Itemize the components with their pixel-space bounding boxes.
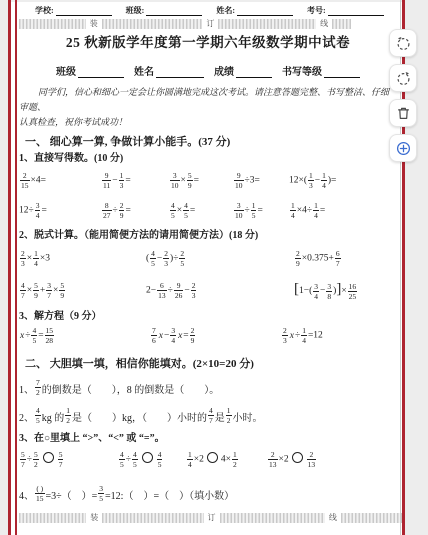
math-token: ×4= [31,175,46,185]
exam-no-blank-line [328,8,384,16]
q1-label: 1、直接写得数。(10 分) [19,152,397,165]
math-token: − [112,175,117,185]
fraction: 29 [295,250,301,268]
math-token: = [257,205,262,215]
math-token: = [125,175,130,185]
comparison-circle [207,452,218,463]
binding-label-zhuang: 装 [86,513,102,523]
fraction: 1528 [45,327,55,345]
math-token: 1、 [19,381,34,396]
fraction: 23 [20,250,26,268]
fraction: 29 [190,327,196,345]
binding-hatch [102,19,203,29]
math-expression: 14×4÷14= [289,202,397,220]
binding-strip-top: 装 订 线 [19,18,351,29]
fraction: 37 [46,282,52,300]
exam-paper-page: 学校: 班级: 姓名: 考号: 装 订 线 25 秋新版学年度第一学期六年级数学… [10,2,402,535]
fraction: 213 [307,451,317,469]
section2-heading: 二、 大胆填一填，相信你能填对。(2×10=20 分) [25,357,397,371]
math-token: ÷ [295,331,300,341]
fraction: 45 [119,451,125,469]
math-token: ×3 [40,254,50,264]
math-token: ÷3= [245,175,260,185]
math-token: 4× [221,455,231,465]
fraction: 35 [98,485,104,503]
fraction: 911 [102,172,111,190]
fraction: 12 [226,407,232,425]
q2-row-2: 47×59+37×592−613÷926−23[1−(34−38)]×1625 [19,276,397,306]
fraction: 12 [232,451,238,469]
fraction: 67 [335,250,341,268]
math-token: ×2 [194,455,204,465]
math-token: ( [146,254,149,264]
fraction: 52 [33,451,39,469]
section2-item-1: 1、72的倒数是（ ），8 的倒数是（ ）。 [19,375,397,401]
section2-item-2: 2、45kg 的12是（ ）kg，（ ）小时的47是12小时。 [19,403,397,429]
binding-label-ding: 订 [202,19,218,29]
math-token: ÷ [27,455,32,465]
binding-line-left-outer [8,0,11,535]
math-token: ×4÷ [297,205,312,215]
school-blank-line [56,8,112,16]
info-score-blank [236,70,272,78]
math-expression: 827÷29= [101,202,169,220]
fraction: 23 [191,282,197,300]
math-token: ×2 [279,455,289,465]
math-token: =3÷（ ）= [46,487,98,502]
school-field: 学校: [35,5,112,16]
math-token: × [181,175,186,185]
fraction: 13 [119,172,125,190]
name-blank-line [237,8,293,16]
info-writing-grade-field: 书写等级 [282,63,360,78]
math-token: × [27,254,32,264]
info-writing-grade-blank [324,70,360,78]
math-token: 2− [146,286,156,296]
math-token: + [40,286,45,296]
add-icon [395,140,412,157]
math-token: = [38,331,43,341]
fraction: 47 [208,407,214,425]
math-token: = [194,175,199,185]
section2-item-3-label: 3、在○里填上 “>”、“<” 或 “=”。 [19,432,397,445]
fraction: 310 [234,202,244,220]
paper-title: 25 秋新版学年度第一学期六年级数学期中试卷 [19,34,397,51]
math-token: )÷ [170,254,178,264]
fraction: 59 [59,282,65,300]
math-token: 1−( [299,286,312,296]
fraction: 23 [282,327,288,345]
math-token: ÷ [113,205,118,215]
info-name-field: 姓名 [134,63,204,78]
math-expression: 2−613÷926−23 [146,282,294,300]
math-token: × [177,205,182,215]
fraction: 215 [20,172,30,190]
fraction: 613 [157,282,167,300]
math-expression: 29×0.375+67 [294,250,397,268]
fraction: 29 [119,202,125,220]
math-token: = [125,205,130,215]
school-label: 学校: [35,5,54,16]
notice-line-2: 认真检查，祝你考试成功！ [19,115,397,130]
fraction: 59 [33,282,39,300]
fraction: 25 [179,250,185,268]
section2-item-4: 4、( )15=3÷（ ）=35=12:（ ）=（ ）（填小数） [19,481,397,507]
math-expression: 76x−34x=29 [150,327,281,345]
q1-row-1: 215×4=911−13=310×59=910÷3=12×(13−14)= [19,167,397,194]
fraction: 14 [313,202,319,220]
fraction: 14 [187,451,193,469]
math-token: 小时。 [233,409,263,424]
binding-hatch [218,19,316,29]
rotate-ccw-icon [395,35,412,52]
info-writing-grade-label: 书写等级 [282,63,322,78]
math-token: ÷ [126,455,131,465]
info-class-blank [78,70,124,78]
math-token: ÷ [168,286,173,296]
binding-label-xian: 线 [316,19,332,29]
math-token: 12×( [289,175,307,185]
comparison-circle [142,452,153,463]
fraction: 310 [170,172,180,190]
fraction: 76 [151,327,157,345]
math-token: )= [328,175,337,185]
fraction: 45 [132,451,138,469]
math-token: − [320,286,325,296]
math-expression: 310÷15= [233,202,289,220]
math-expression: [1−(34−38)]×1625 [294,281,397,301]
math-token: ÷ [25,331,30,341]
math-expression: 23x÷14=12 [281,327,397,345]
math-expression: 57÷5257 [19,451,118,469]
rotate-clockwise-button[interactable] [389,64,417,92]
math-expression: 23×14×3 [19,250,146,268]
math-expression: (45−23)÷25 [146,250,294,268]
math-token: × [27,286,32,296]
fraction: 72 [35,379,41,397]
fraction: 34 [313,283,319,301]
math-expression: 12÷34= [19,202,101,220]
fraction: 13 [308,172,314,190]
math-expression: 215×4= [19,172,101,190]
fraction: 14 [33,250,39,268]
math-token: − [184,286,189,296]
math-token: 是（ ）kg，（ ）小时的 [72,409,207,424]
fraction: 34 [35,202,41,220]
info-class-label: 班级 [56,63,76,78]
binding-label-xian: 线 [325,513,341,523]
math-expression: 910÷3= [233,172,289,190]
binding-line-left-inner [15,0,17,535]
fraction: ( )15 [35,485,45,503]
fraction: 14 [290,202,296,220]
binding-hatch [102,513,203,523]
fraction: 213 [268,451,278,469]
rotate-cw-icon [395,70,412,87]
q1-row-2: 12÷34=827÷29=45×45=310÷15=14×4÷14= [19,197,397,224]
fraction: 57 [20,451,26,469]
fraction: 45 [150,250,156,268]
math-expression: 14×24×12 [186,451,267,469]
fraction: 45 [157,451,163,469]
fraction: 34 [170,327,176,345]
q3-label: 3、解方程（9 分） [19,310,397,323]
header-fields-row: 学校: 班级: 姓名: 考号: [35,6,397,16]
math-token: − [157,254,162,264]
math-expression: x÷45=1528 [19,327,150,345]
fraction: 14 [321,172,327,190]
name-label: 姓名: [216,5,235,16]
binding-label-ding: 订 [204,513,220,523]
comparison-circle [43,452,54,463]
exam-no-label: 考号: [307,5,326,16]
fraction: 15 [251,202,257,220]
math-expression: 12×(13−14)= [289,172,397,190]
binding-hatch [332,19,351,29]
info-line: 班级 姓名 成绩 书写等级 [19,66,397,78]
q3-equations-row: x÷45=152876x−34x=2923x÷14=12 [19,323,397,349]
math-expression: 213×2213 [267,451,397,469]
math-token: =12:（ ）=（ ）（填小数） [105,487,234,502]
math-token: × [53,286,58,296]
math-expression: 45÷4545 [118,451,186,469]
math-token: − [164,331,169,341]
math-token: × [341,286,346,296]
exam-notice: 同学们，信心和细心一定会让你圆满地完成这次考试。请注意答题完整、书写整洁、仔细审… [19,85,397,130]
side-toolbar [389,29,417,162]
math-expression: 911−13= [101,172,169,190]
binding-hatch [341,513,402,523]
fraction: 910 [234,172,244,190]
math-token: − [315,175,320,185]
math-token: 的倒数是（ ），8 的倒数是（ ）。 [42,381,220,396]
fraction: 12 [65,407,71,425]
exam-no-field: 考号: [307,5,384,16]
fraction: 57 [58,451,64,469]
math-token: = [190,205,195,215]
info-name-label: 姓名 [134,63,154,78]
math-token: = [41,205,46,215]
fraction: 23 [163,250,169,268]
math-expression: 310×59= [169,172,233,190]
math-token: 是 [215,409,225,424]
math-token: 12÷ [19,205,34,215]
exam-paper-content: 学校: 班级: 姓名: 考号: 装 订 线 25 秋新版学年度第一学期六年级数学… [10,2,402,507]
fraction: 45 [183,202,189,220]
fraction: 1625 [348,283,358,301]
trash-icon [395,105,412,122]
fraction: 14 [301,327,307,345]
math-token: kg 的 [42,409,65,424]
math-token: 2、 [19,409,34,424]
delete-button[interactable] [389,99,417,127]
fraction: 59 [187,172,193,190]
fraction: 45 [31,327,37,345]
fraction: 926 [174,282,184,300]
rotate-counterclockwise-button[interactable] [389,29,417,57]
info-class-field: 班级 [56,63,124,78]
class-blank-line [146,8,202,16]
math-token: = [320,205,325,215]
math-token: ÷ [245,205,250,215]
add-button[interactable] [389,134,417,162]
math-expression: 47×59+37×59 [19,282,146,300]
binding-strip-bottom: 装 订 线 [19,512,402,523]
fraction: 47 [20,282,26,300]
comparison-row: 57÷525745÷454514×24×12213×2213 [19,447,397,473]
binding-hatch [19,513,86,523]
binding-label-zhuang: 装 [86,19,102,29]
fraction: 827 [102,202,112,220]
fraction: 38 [326,283,332,301]
comparison-circle [292,452,303,463]
fraction: 45 [170,202,176,220]
q2-row-1: 23×14×3(45−23)÷2529×0.375+67 [19,244,397,274]
info-name-blank [156,70,204,78]
math-expression: 45×45= [169,202,233,220]
fraction: 45 [35,407,41,425]
math-token: =12 [308,331,323,341]
binding-hatch [19,19,86,29]
notice-line-1: 同学们，信心和细心一定会让你圆满地完成这次考试。请注意答题完整、书写整洁、仔细审… [19,85,397,115]
math-token: ×0.375+ [302,254,334,264]
class-label: 班级: [126,5,145,16]
binding-hatch [220,513,325,523]
name-field: 姓名: [216,5,293,16]
info-score-field: 成绩 [214,63,272,78]
class-field: 班级: [126,5,203,16]
math-token: 4、 [19,487,34,502]
q2-label: 2、脱式计算。（能用简便方法的请用简便方法）(18 分) [19,229,397,242]
math-token: = [183,331,188,341]
info-score-label: 成绩 [214,63,234,78]
section1-heading: 一、 细心算一算, 争做计算小能手。(37 分) [25,135,397,149]
